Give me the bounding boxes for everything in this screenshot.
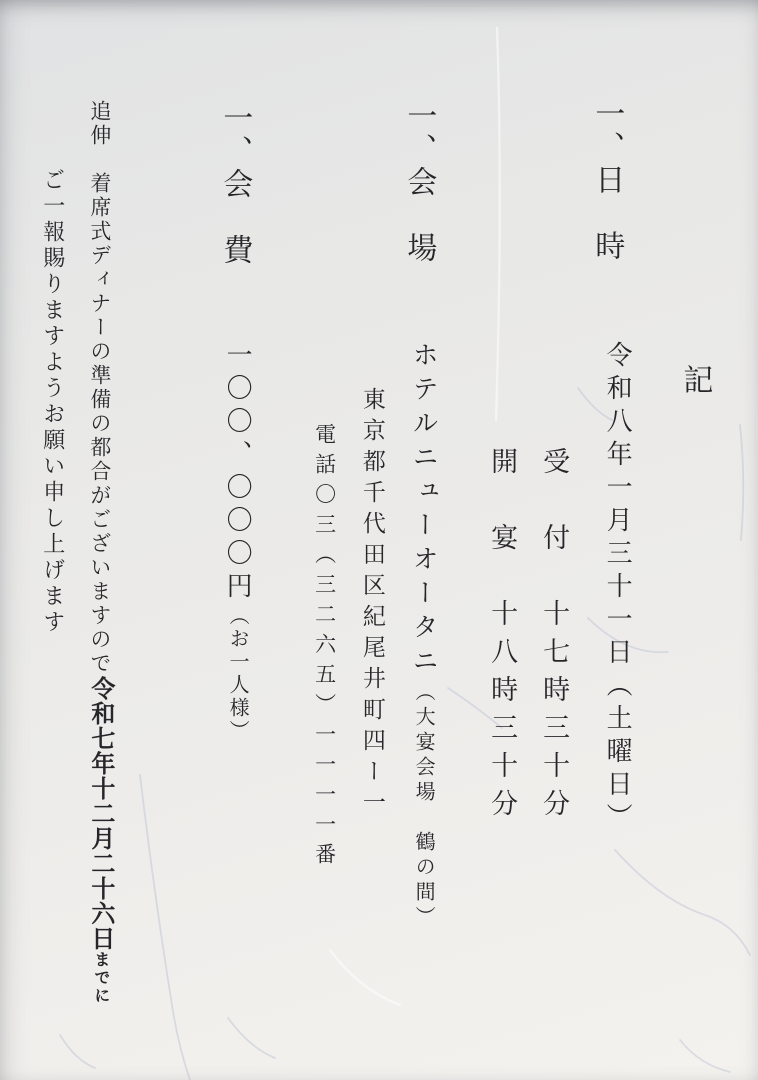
venue-name-line: ホテルニューオータニ（大宴会場 鶴の間） — [409, 341, 437, 931]
banquet-time: 開 宴 十八時三十分 — [487, 447, 516, 827]
venue-address: 東京都千代田区紀尾井町四ー一 — [359, 387, 384, 821]
item-venue-label: 一、会 場 — [402, 100, 434, 265]
closing-request: ご一報賜りますようお願い申し上げます — [41, 168, 65, 636]
invitation-paper: 記 一、日 時 令和八年一月三十一日（土曜日） 受 付 十七時三十分 開 宴 十… — [0, 0, 758, 1080]
reception-time: 受 付 十七時三十分 — [539, 447, 568, 827]
fee-amount: 一〇〇、〇〇〇円 — [223, 341, 252, 605]
postscript-line: 追伸 着席式ディナーの準備の都合がございますので令和七年十二月二十六日までに — [87, 100, 113, 1005]
deadline-suffix: までに — [92, 951, 109, 1005]
venue-name: ホテルニューオータニ — [409, 341, 438, 681]
deadline-date: 令和七年十二月二十六日 — [87, 676, 114, 951]
fee-per-person: （お一人様） — [226, 605, 248, 743]
venue-phone: 電話〇三（三二六五）一一一一番 — [313, 423, 336, 873]
datetime-value: 令和八年一月三十一日（土曜日） — [603, 341, 631, 836]
fee-line: 一〇〇、〇〇〇円（お一人様） — [223, 341, 251, 743]
item-fee-label: 一、会 費 — [218, 102, 250, 267]
postscript-lead: 追伸 着席式ディナーの準備の都合がございますので — [88, 100, 112, 676]
note-marker: 記 — [678, 364, 710, 394]
item-datetime-label: 一、日 時 — [590, 98, 622, 263]
venue-room: （大宴会場 鶴の間） — [412, 681, 434, 931]
